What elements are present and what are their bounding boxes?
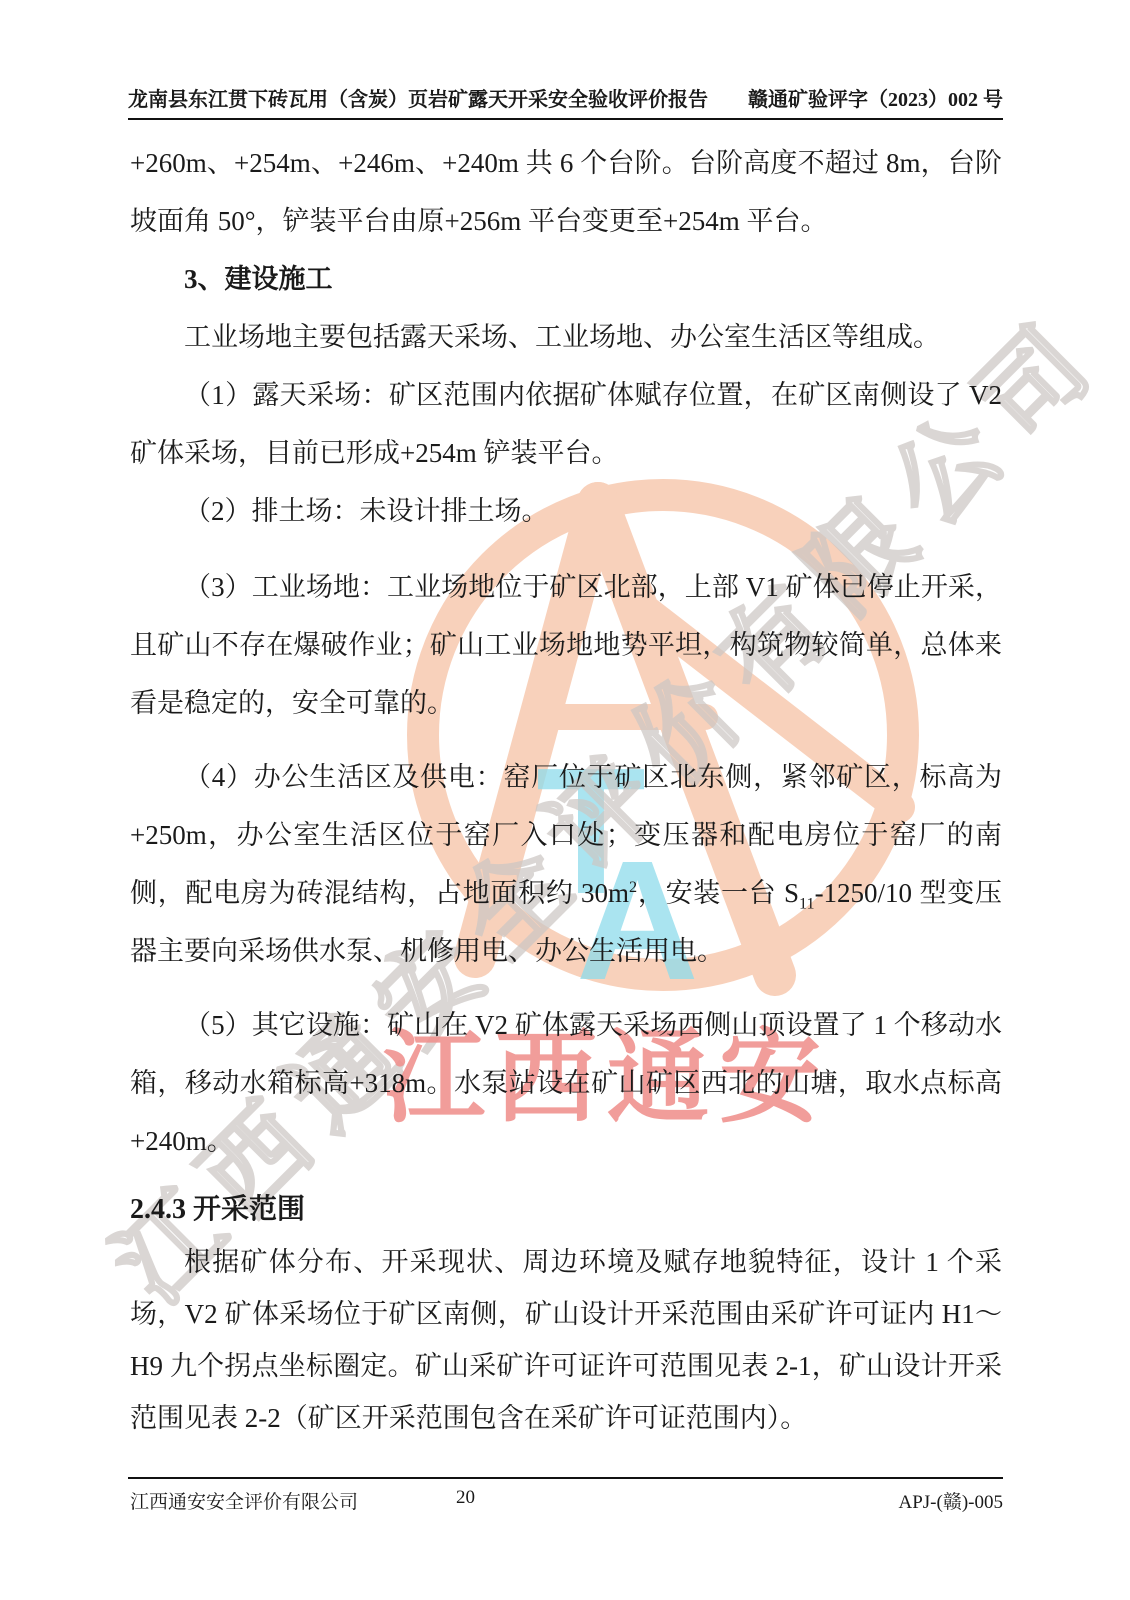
- page-footer: 江西通安安全评价有限公司 20 APJ-(赣)-005: [128, 1477, 1003, 1519]
- paragraph-industrial-site-intro: 工业场地主要包括露天采场、工业场地、办公室生活区等组成。: [130, 308, 1002, 366]
- document-page: T A 江西通安全评价有限公司 江西通安 龙南县东江贯下砖瓦用（含炭）页岩矿露天…: [0, 0, 1130, 1600]
- footer-page-number: 20: [456, 1487, 475, 1509]
- paragraph-industrial-site: （3）工业场地：工业场地位于矿区北部，上部 V1 矿体已停止开采，且矿山不存在爆…: [130, 558, 1002, 732]
- paragraph-benches: +260m、+254m、+246m、+240m 共 6 个台阶。台阶高度不超过 …: [130, 134, 1002, 250]
- page-header: 龙南县东江贯下砖瓦用（含炭）页岩矿露天开采安全验收评价报告 赣通矿验评字（202…: [128, 72, 1003, 120]
- heading-construction: 3、建设施工: [130, 250, 1002, 308]
- office-power-text-b: ，安装一台 S: [637, 878, 799, 908]
- footer-company-name: 江西通安安全评价有限公司: [130, 1487, 358, 1514]
- paragraph-office-power: （4）办公生活区及供电：窑厂位于矿区北东侧，紧邻矿区，标高为+250m，办公室生…: [130, 748, 1002, 980]
- subscript-transformer-model: 11: [799, 894, 815, 912]
- superscript-square: 2: [629, 878, 637, 896]
- document-number: 赣通矿验评字（2023）002 号: [748, 83, 1003, 112]
- report-title: 龙南县东江贯下砖瓦用（含炭）页岩矿露天开采安全验收评价报告: [128, 83, 708, 112]
- paragraph-mining-scope: 根据矿体分布、开采现状、周边环境及赋存地貌特征，设计 1 个采场，V2 矿体采场…: [130, 1236, 1002, 1444]
- heading-mining-scope: 2.4.3 开采范围: [130, 1184, 1002, 1236]
- paragraph-open-pit: （1）露天采场：矿区范围内依据矿体赋存位置，在矿区南侧设了 V2 矿体采场，目前…: [130, 366, 1002, 482]
- paragraph-other-facilities: （5）其它设施：矿山在 V2 矿体露天采场西侧山顶设置了 1 个移动水箱，移动水…: [130, 996, 1002, 1170]
- footer-doc-code: APJ-(赣)-005: [899, 1487, 1004, 1514]
- document-body: +260m、+254m、+246m、+240m 共 6 个台阶。台阶高度不超过 …: [130, 134, 1002, 1444]
- paragraph-dump-site: （2）排土场：未设计排土场。: [130, 482, 1002, 540]
